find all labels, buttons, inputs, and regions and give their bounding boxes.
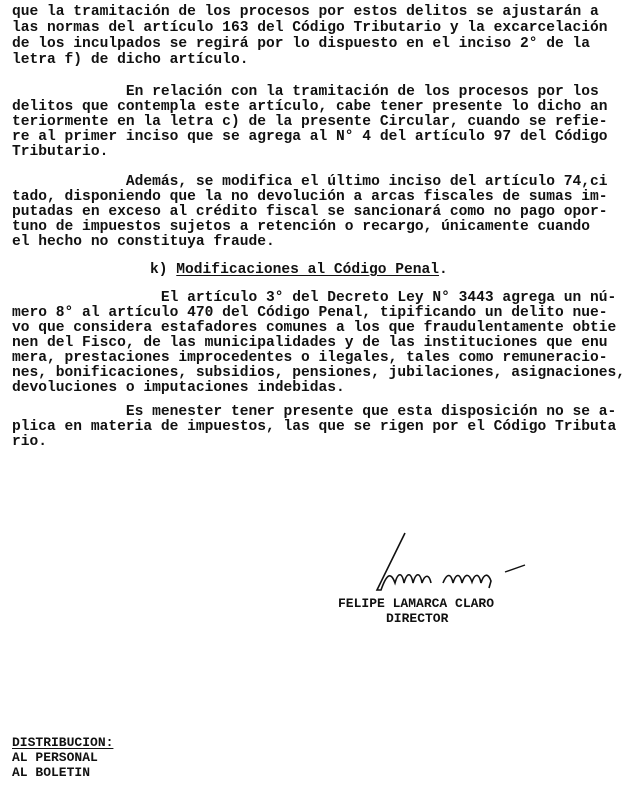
text-line: En relación con la tramitación de los pr… (12, 85, 599, 100)
signatory-name: FELIPE LAMARCA CLARO (338, 596, 494, 611)
text-line: tuno de impuestos sujetos a retención o … (12, 220, 590, 235)
text-line: re al primer inciso que se agrega al N° … (12, 130, 608, 145)
text-line: devoluciones o imputaciones indebidas. (12, 381, 345, 396)
text-line: mera, prestaciones improcedentes o ilega… (12, 351, 608, 366)
section-heading: k) Modificaciones al Código Penal. (150, 263, 448, 278)
text-line: delitos que contempla este artículo, cab… (12, 100, 608, 115)
text-line: Además, se modifica el último inciso del… (12, 175, 608, 190)
heading-title: Modificaciones al Código Penal (176, 262, 439, 278)
text-line: plica en materia de impuestos, las que s… (12, 420, 616, 435)
text-line: nes, bonificaciones, subsidios, pensione… (12, 366, 625, 381)
signature-image (365, 528, 535, 598)
distribution-item: AL BOLETIN (12, 765, 90, 780)
text-line: las normas del artículo 163 del Código T… (12, 21, 608, 36)
distribution-item: AL PERSONAL (12, 750, 98, 765)
text-line: Es menester tener presente que esta disp… (12, 405, 616, 420)
heading-prefix: k) (150, 262, 176, 278)
signatory-title: DIRECTOR (386, 611, 448, 626)
heading-suffix: . (439, 262, 448, 278)
distribution-label: DISTRIBUCION: (12, 735, 113, 750)
text-line: tado, disponiendo que la no devolución a… (12, 190, 608, 205)
text-line: mero 8° al artículo 470 del Código Penal… (12, 306, 608, 321)
text-line: letra f) de dicho artículo. (12, 53, 248, 68)
text-line: que la tramitación de los procesos por e… (12, 5, 599, 20)
text-line: Tributario. (12, 145, 108, 160)
text-line: rio. (12, 435, 47, 450)
text-line: el hecho no constituya fraude. (12, 235, 275, 250)
text-line: de los inculpados se regirá por lo dispu… (12, 37, 590, 52)
text-line: vo que considera estafadores comunes a l… (12, 321, 616, 336)
text-line: El artículo 3° del Decreto Ley N° 3443 a… (12, 291, 616, 306)
text-line: nen del Fisco, de las municipalidades y … (12, 336, 608, 351)
text-line: teriormente en la letra c) de la present… (12, 115, 608, 130)
text-line: putadas en exceso al crédito fiscal se s… (12, 205, 608, 220)
